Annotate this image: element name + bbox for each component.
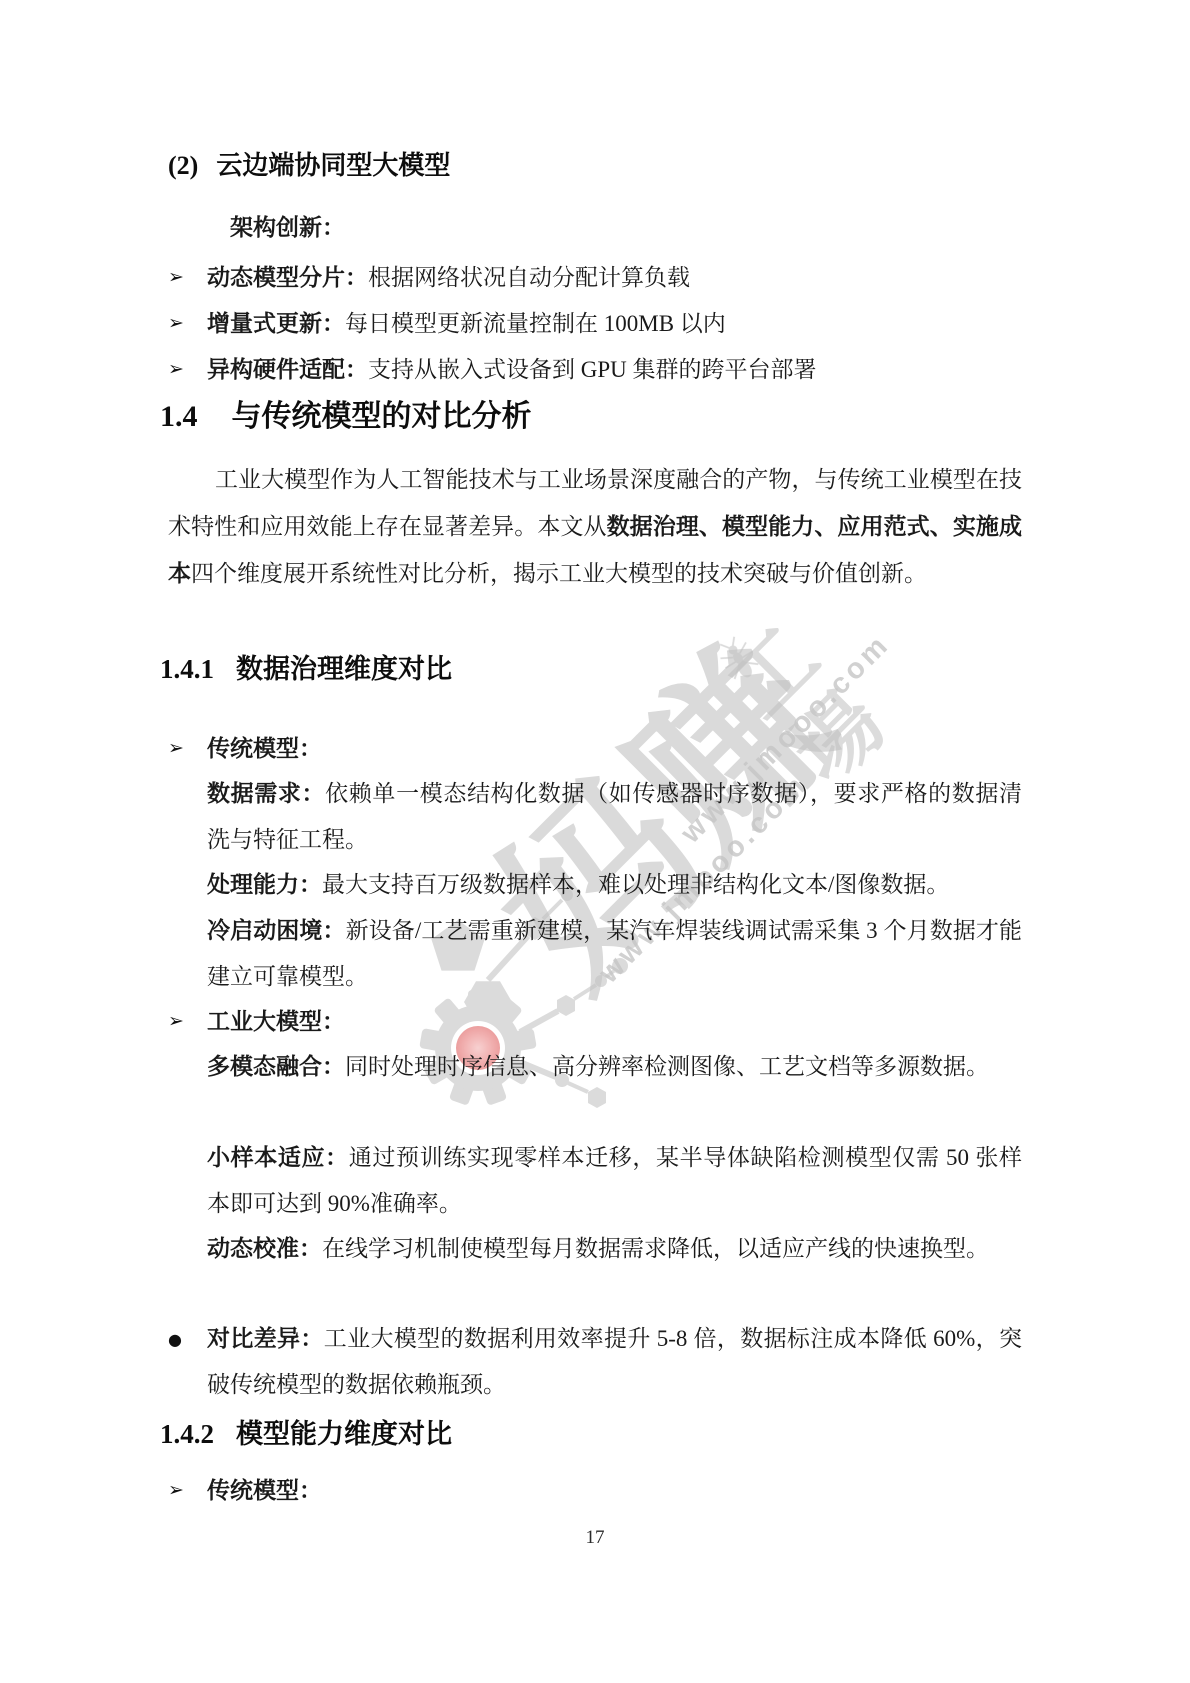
- item-text: 最大支持百万级数据样本，难以处理非结构化文本/图像数据。: [322, 872, 949, 897]
- arrow-bullet-icon: ➢: [168, 301, 198, 347]
- section-title: 数据治理维度对比: [236, 654, 452, 684]
- item-label: 对比差异：: [207, 1325, 324, 1351]
- item-data-requirement: 数据需求：依赖单一模态结构化数据（如传感器时序数据），要求严格的数据清洗与特征工…: [207, 771, 1022, 862]
- document-content: (2)云边端协同型大模型 架构创新： ➢ 动态模型分片：根据网络状况自动分配计算…: [0, 0, 1190, 1683]
- heading-title: 云边端协同型大模型: [216, 150, 450, 180]
- heading-number: (2): [168, 151, 198, 180]
- bullet-hardware-adaptation: 异构硬件适配：支持从嵌入式设备到 GPU 集群的跨平台部署: [207, 347, 1022, 393]
- section-heading-1-4: 1.4与传统模型的对比分析: [160, 396, 532, 438]
- item-cold-start: 冷启动困境：新设备/工艺需重新建模，某汽车焊装线调试需采集 3 个月数据才能建立…: [207, 908, 1022, 999]
- item-text: 工业大模型的数据利用效率提升 5-8 倍，数据标注成本降低 60%，突破传统模型…: [207, 1326, 1022, 1397]
- section-heading-1-4-1: 1.4.1数据治理维度对比: [160, 649, 452, 689]
- item-label: 处理能力：: [207, 871, 322, 897]
- arrow-bullet-icon: ➢: [168, 1468, 198, 1514]
- item-processing-capacity: 处理能力：最大支持百万级数据样本，难以处理非结构化文本/图像数据。: [207, 862, 1022, 908]
- item-label: 多模态融合：: [207, 1053, 345, 1079]
- traditional-model-label: 传统模型：: [207, 1468, 322, 1514]
- dot-bullet-icon: ●: [168, 1317, 198, 1363]
- bullet-incremental-update: 增量式更新：每日模型更新流量控制在 100MB 以内: [207, 301, 1022, 347]
- item-multimodal-fusion: 多模态融合：同时处理时序信息、高分辨率检测图像、工艺文档等多源数据。: [207, 1044, 1022, 1090]
- item-text: 同时处理时序信息、高分辨率检测图像、工艺文档等多源数据。: [345, 1054, 989, 1079]
- section-number: 1.4: [160, 400, 198, 433]
- document-page: 妈赚 工場 www.jmooo.com www.jmooo.com: [0, 0, 1190, 1683]
- section-title: 模型能力维度对比: [236, 1419, 452, 1449]
- bullet-text: 支持从嵌入式设备到 GPU 集群的跨平台部署: [368, 357, 817, 382]
- arrow-bullet-icon: ➢: [168, 347, 198, 393]
- bullet-label: 异构硬件适配：: [207, 356, 368, 382]
- item-label: 数据需求：: [207, 780, 325, 806]
- page-number: 17: [0, 1526, 1190, 1550]
- item-comparison-difference: 对比差异：工业大模型的数据利用效率提升 5-8 倍，数据标注成本降低 60%，突…: [207, 1316, 1022, 1407]
- item-text: 依赖单一模态结构化数据（如传感器时序数据），要求严格的数据清洗与特征工程。: [207, 781, 1022, 852]
- bullet-label: 增量式更新：: [207, 310, 345, 336]
- arrow-bullet-icon: ➢: [168, 726, 198, 772]
- section-number: 1.4.2: [160, 1419, 214, 1449]
- section-number: 1.4.1: [160, 654, 214, 684]
- traditional-model-label: 传统模型：: [207, 726, 322, 772]
- bullet-label: 动态模型分片：: [207, 264, 368, 290]
- item-text: 在线学习机制使模型每月数据需求降低，以适应产线的快速换型。: [322, 1236, 989, 1261]
- section-heading-1-4-2: 1.4.2模型能力维度对比: [160, 1414, 452, 1454]
- paragraph-text: 四个维度展开系统性对比分析，揭示工业大模型的技术突破与价值创新。: [191, 561, 927, 586]
- item-label: 动态校准：: [207, 1235, 322, 1261]
- bullet-dynamic-sharding: 动态模型分片：根据网络状况自动分配计算负载: [207, 255, 1022, 301]
- bullet-text: 根据网络状况自动分配计算负载: [368, 265, 690, 290]
- arrow-bullet-icon: ➢: [168, 255, 198, 301]
- item-few-shot: 小样本适应：通过预训练实现零样本迁移，某半导体缺陷检测模型仅需 50 张样本即可…: [207, 1135, 1022, 1226]
- industrial-model-label: 工业大模型：: [207, 999, 345, 1045]
- section-title: 与传统模型的对比分析: [232, 400, 532, 433]
- item-label: 冷启动困境：: [207, 917, 346, 943]
- arrow-bullet-icon: ➢: [168, 999, 198, 1045]
- bullet-text: 每日模型更新流量控制在 100MB 以内: [345, 311, 726, 336]
- heading-cloud-edge-model: (2)云边端协同型大模型: [168, 147, 450, 184]
- arch-innovation-label: 架构创新：: [230, 205, 345, 251]
- item-label: 小样本适应：: [207, 1144, 349, 1170]
- section-1-4-paragraph: 工业大模型作为人工智能技术与工业场景深度融合的产物，与传统工业模型在技术特性和应…: [168, 457, 1022, 597]
- item-dynamic-calibration: 动态校准：在线学习机制使模型每月数据需求降低，以适应产线的快速换型。: [207, 1226, 1022, 1272]
